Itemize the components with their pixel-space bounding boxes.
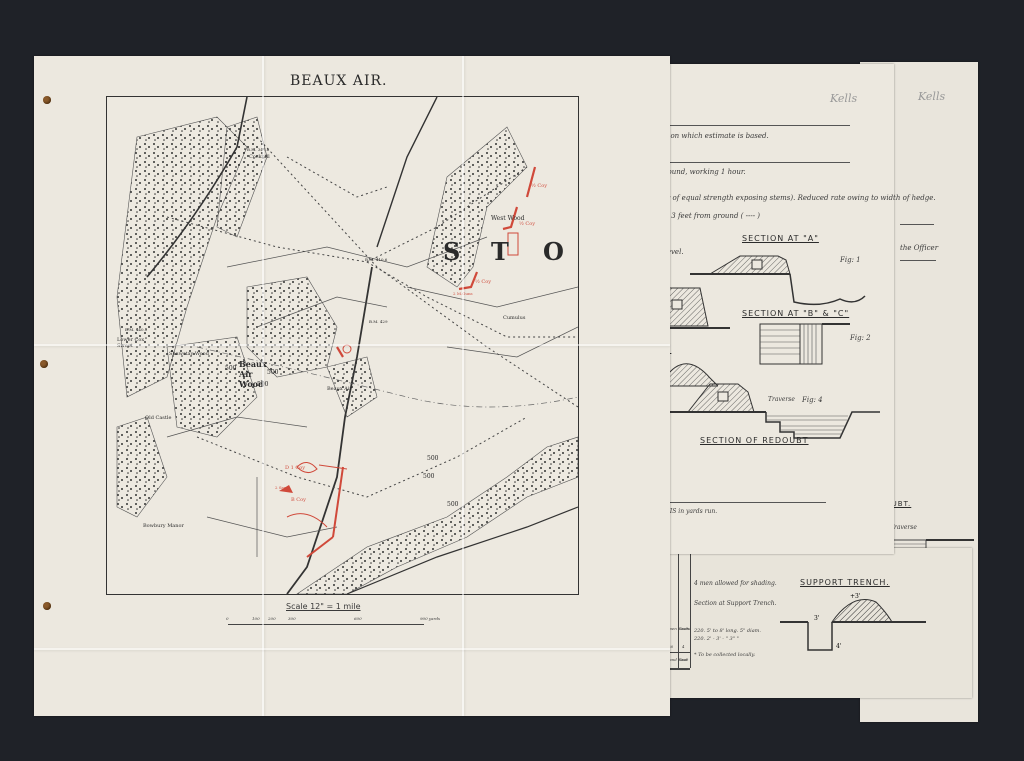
note-pickets-2: 220. 2' - 3' - " 3" " (694, 636, 739, 642)
table-header-seats: Seats (679, 626, 690, 631)
scale-bar: Scale 12" = 1 mile 0 100 200 300 600 900… (224, 600, 524, 630)
letter-o: O (543, 237, 564, 266)
scale-tick: 900 yards (420, 616, 440, 621)
place-beaux-air: Beaux Air (327, 386, 352, 392)
section-redoubt-title: SECTION OF REDOUBT (700, 436, 809, 445)
pencil-note: Kells (918, 90, 945, 103)
letter-s: S (443, 237, 460, 266)
map-sheet: BEAUX AIR. (34, 56, 670, 716)
fold-line (34, 344, 670, 346)
contour-label: 500 (447, 501, 458, 508)
fig-2-label: Fig: 2 (850, 334, 871, 342)
contour-label: 500 (427, 455, 438, 462)
contour-label: 500 (225, 365, 236, 372)
bench-mark-410: B.M. 410.6 (365, 257, 387, 262)
scale-label: Scale 12" = 1 mile (286, 602, 361, 611)
scale-tick: 300 (288, 616, 296, 621)
place-lower-cox-street: Lower Cox Street (117, 337, 157, 349)
table-sub-2: 4 (682, 644, 685, 649)
fold-line (34, 648, 670, 650)
officer-label: the Officer (900, 244, 938, 252)
note-collected: * To be collected locally. (694, 652, 755, 658)
red-annotation: ½ Coy (475, 279, 491, 285)
map-title: BEAUX AIR. (290, 73, 387, 89)
scale-tick: 200 (268, 616, 276, 621)
line-party: ...he party of equal strength exposing s… (634, 194, 936, 202)
note-pickets-1: 220. 5' to 8' long. 5" diam. (694, 628, 761, 634)
bench-mark-440: B.M. 440.5 (125, 327, 147, 332)
fold-line (462, 56, 464, 716)
red-annotation: 2 Sect. (275, 485, 289, 490)
scale-tick: 600 (354, 616, 362, 621)
place-bowbury-manor: Bowbury Manor (143, 523, 184, 529)
note-section: Section at Support Trench. (694, 600, 777, 607)
letter-t: T (491, 237, 509, 266)
rivet (43, 602, 51, 610)
contour-label: 500 (267, 369, 278, 376)
scale-tick: 100 (252, 616, 260, 621)
svg-text:+3': +3' (850, 593, 861, 600)
support-trench-title: SUPPORT TRENCH. (800, 578, 890, 587)
svg-text:4': 4' (836, 643, 842, 650)
contour-label: 500 (423, 473, 434, 480)
rivet (40, 360, 48, 368)
place-bm-347: B.M. 347.6 (247, 147, 269, 152)
support-trench-diagram: 3' +3' 4' (778, 592, 928, 652)
place-cockhill: Cockhill (249, 154, 270, 160)
fold-line (262, 56, 264, 716)
traverse-label: Traverse (890, 524, 917, 531)
rivet (43, 96, 51, 104)
sheet-d: Open Seats Seats 36 4 37 Stand Seat Seat… (652, 548, 972, 698)
place-cumulus: Cumulus (503, 315, 525, 321)
red-annotation: ½ Coy (519, 221, 535, 227)
bench-mark-429: B.M. 429 (369, 319, 387, 324)
place-old-castle: Old Castle (145, 415, 171, 421)
red-annotation: D 1 Coy (285, 465, 305, 471)
pencil-note: Kells (830, 92, 857, 105)
table-row-seat: Seat (679, 657, 688, 662)
red-annotation: ½ Coy (531, 183, 547, 189)
section-a-title: SECTION AT "A" (742, 234, 819, 243)
scale-tick: 0 (226, 616, 229, 621)
note-men: 4 men allowed for shading. (694, 580, 777, 587)
place-shawstay-wood: Shawstay Wood (169, 351, 209, 357)
red-annotation: B Coy (291, 497, 306, 503)
svg-text:3': 3' (814, 615, 820, 622)
